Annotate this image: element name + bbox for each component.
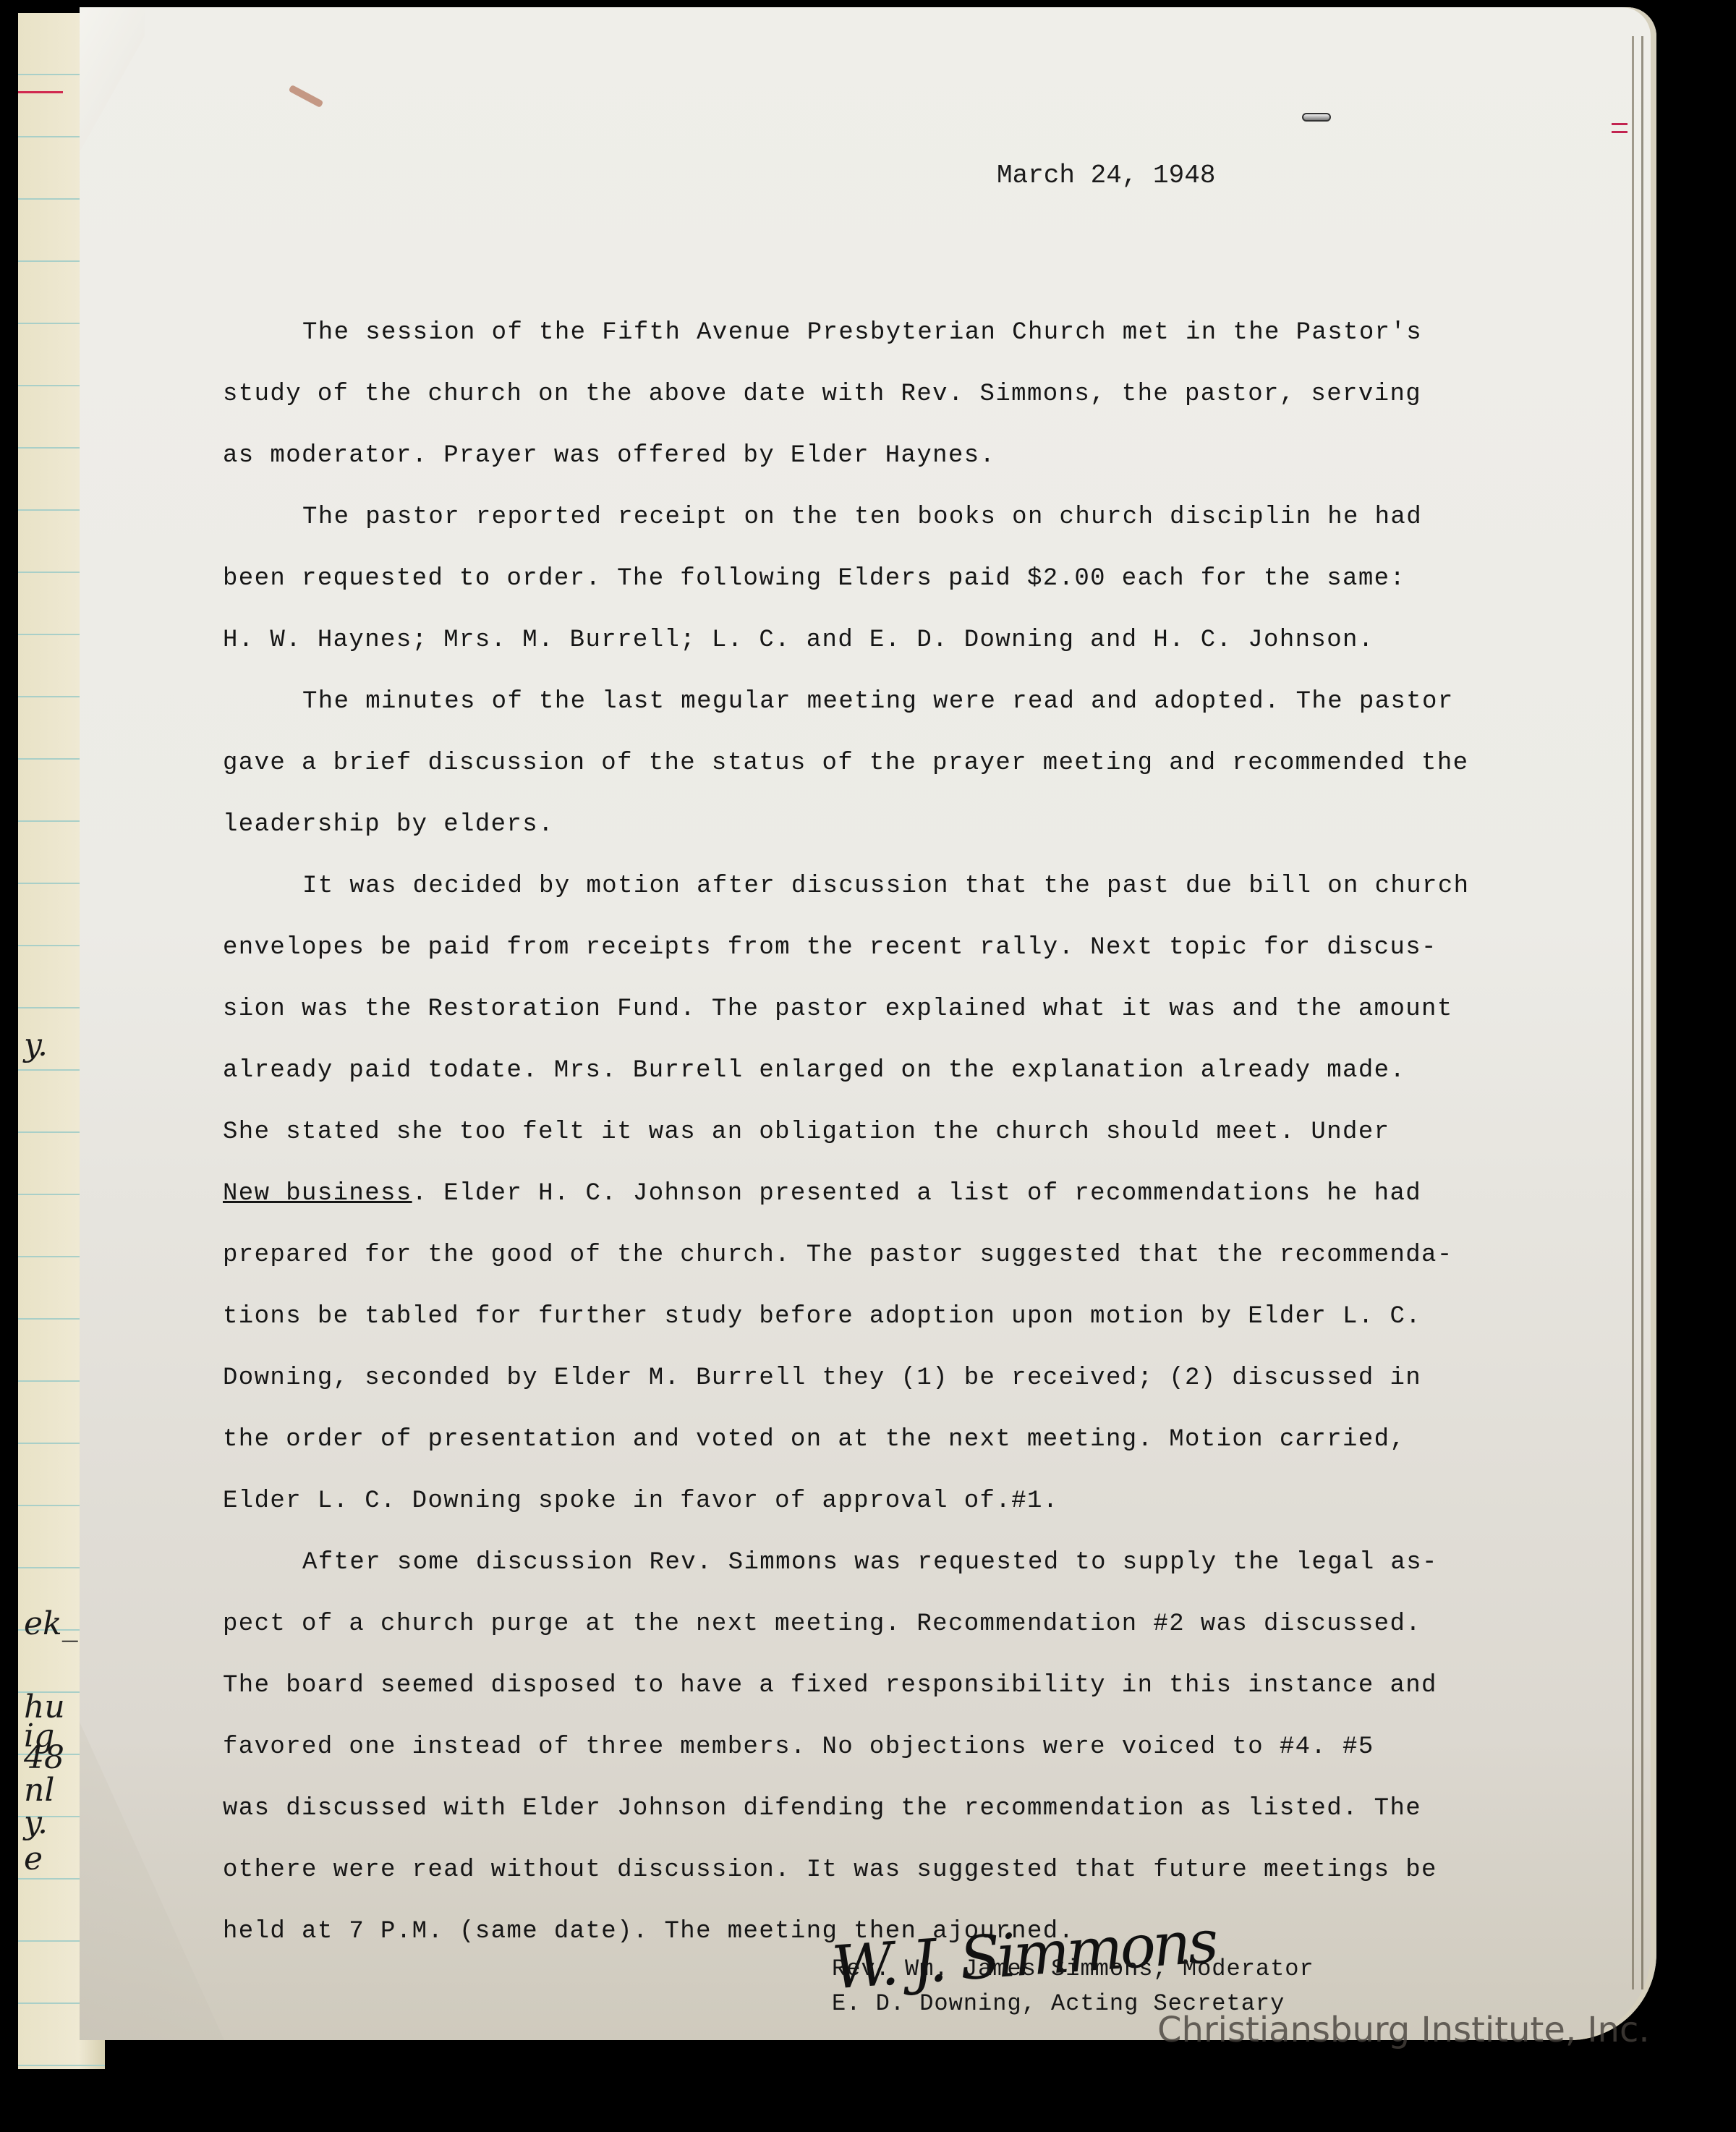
handwritten-fragment: ek_ — [24, 1608, 78, 1640]
text-line: envelopes be paid from receipts from the… — [223, 926, 1481, 988]
page-edge — [1632, 36, 1643, 1989]
text-line: After some discussion Rev. Simmons was r… — [223, 1541, 1481, 1602]
text-line: The pastor reported receipt on the ten b… — [223, 496, 1481, 557]
staple-icon — [1302, 113, 1331, 122]
text-line: was discussed with Elder Johnson difendi… — [223, 1787, 1481, 1848]
text-line: the order of presentation and voted on a… — [223, 1418, 1481, 1479]
underlined-heading: New business — [223, 1180, 412, 1207]
text-line: pect of a church purge at the next meeti… — [223, 1602, 1481, 1664]
text-line: already paid todate. Mrs. Burrell enlarg… — [223, 1049, 1481, 1110]
red-edge-marks — [1612, 123, 1627, 133]
text-line: Downing, seconded by Elder M. Burrell th… — [223, 1356, 1481, 1418]
text-line: The board seemed disposed to have a fixe… — [223, 1664, 1481, 1725]
handwritten-fragment: 48 — [24, 1742, 64, 1774]
scan-background — [0, 2069, 1736, 2132]
text-line: It was decided by motion after discussio… — [223, 865, 1481, 926]
document-body: The session of the Fifth Avenue Presbyte… — [223, 311, 1481, 1971]
text-line: study of the church on the above date wi… — [223, 373, 1481, 434]
text-line: She stated she too felt it was an obliga… — [223, 1110, 1481, 1172]
text-line: othere were read without discussion. It … — [223, 1848, 1481, 1910]
text-line: been requested to order. The following E… — [223, 557, 1481, 619]
text-line: leadership by elders. — [223, 803, 1481, 865]
text-line: gave a brief discussion of the status of… — [223, 742, 1481, 803]
handwritten-fragment: y. — [24, 1807, 48, 1839]
text-line: tions be tabled for further study before… — [223, 1295, 1481, 1356]
text-line: The minutes of the last megular meeting … — [223, 680, 1481, 742]
text-line: favored one instead of three members. No… — [223, 1725, 1481, 1787]
text-line-new-business: New business. Elder H. C. Johnson presen… — [223, 1172, 1481, 1233]
archive-watermark: Christiansburg Institute, Inc. — [1157, 2010, 1650, 2050]
text-line: H. W. Haynes; Mrs. M. Burrell; L. C. and… — [223, 619, 1481, 680]
text-line: The session of the Fifth Avenue Presbyte… — [223, 311, 1481, 373]
text-line: Elder L. C. Downing spoke in favor of ap… — [223, 1479, 1481, 1541]
handwritten-fragment: nl — [24, 1775, 54, 1806]
text-line: as moderator. Prayer was offered by Elde… — [223, 434, 1481, 496]
text-line: prepared for the good of the church. The… — [223, 1233, 1481, 1295]
handwritten-fragment: y. — [24, 1029, 48, 1061]
document-date: March 24, 1948 — [997, 161, 1215, 190]
text-line: sion was the Restoration Fund. The pasto… — [223, 988, 1481, 1049]
moderator-signatory: Rev. Wm. James Simmons, Moderator — [832, 1952, 1314, 1987]
handwritten-fragment: e — [24, 1843, 43, 1875]
margin-rule — [18, 91, 63, 93]
